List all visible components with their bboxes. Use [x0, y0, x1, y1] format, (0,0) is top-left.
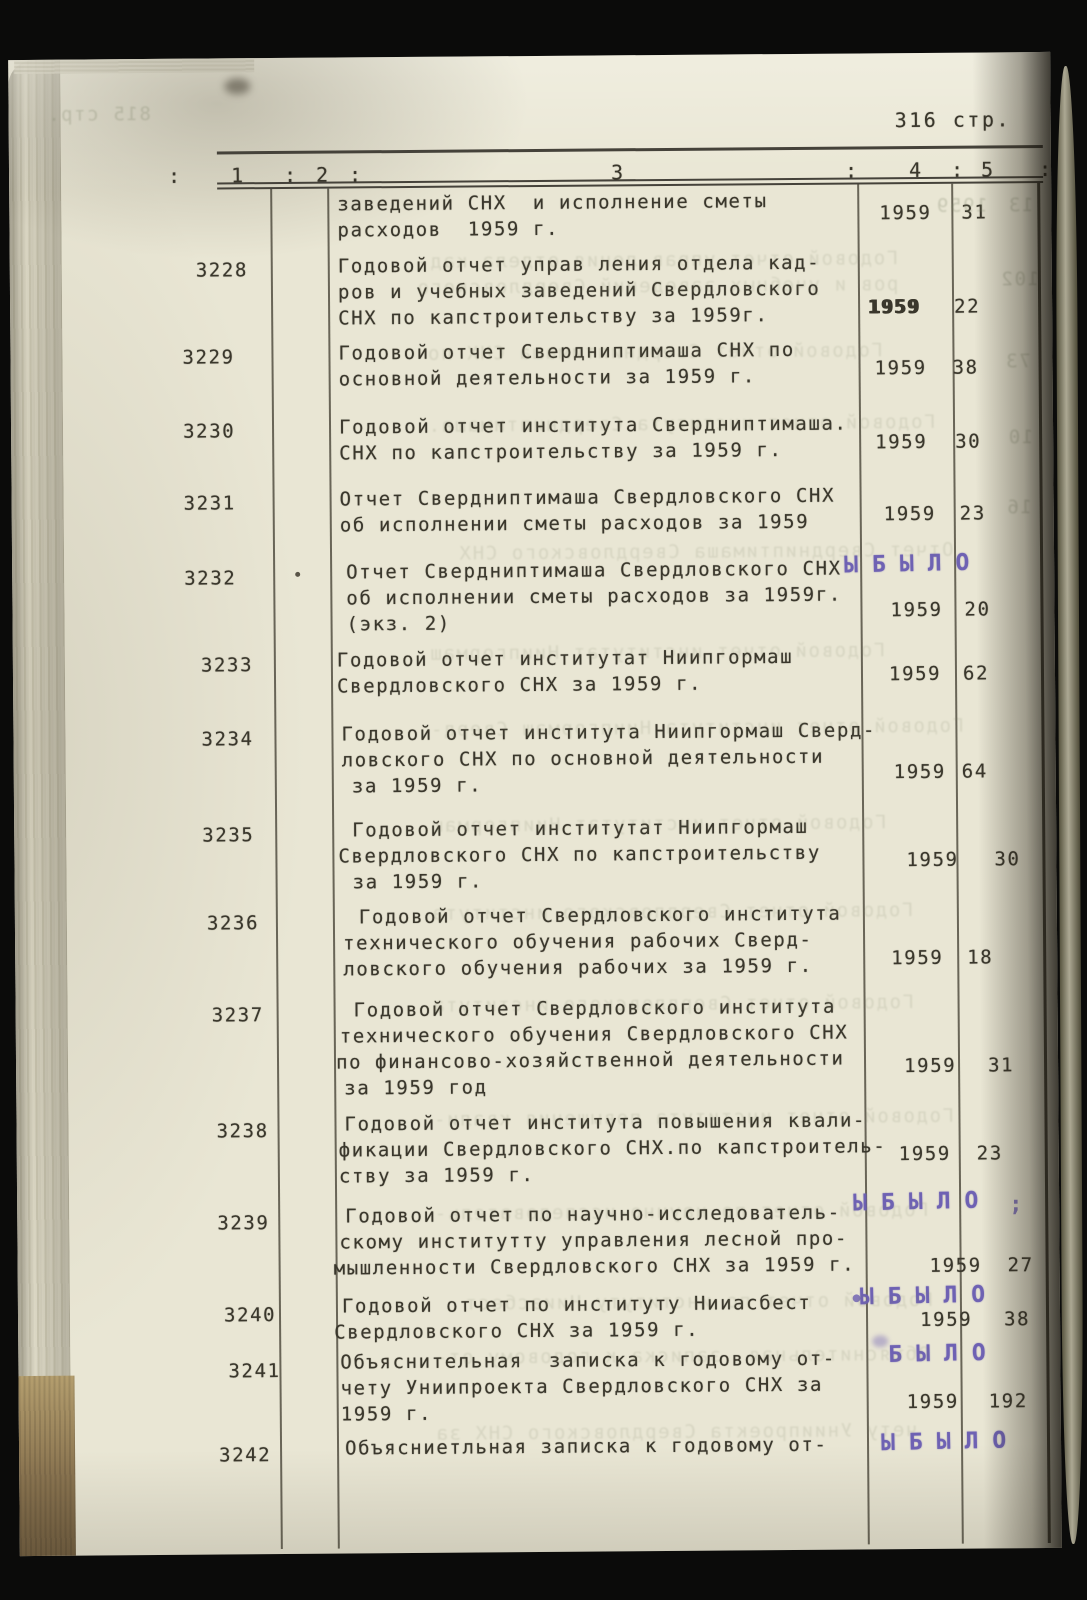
table-row: 3236Годовой отчет Свердловского институт… [8, 52, 1050, 60]
row-sheet-count-cell: 64 [962, 758, 988, 784]
table-row: 3240Годовой отчет по институту Нииасбест… [8, 52, 1050, 60]
row-description-line: заведений СНХ и исполнение сметы [337, 188, 767, 217]
ghost-text-line: Годовой отчет управ ления отдела кад- [416, 245, 899, 275]
row-year-cell: 1959 [930, 1253, 982, 1279]
table-row: 3234Годовой отчет института Ниипгормаш С… [8, 52, 1050, 60]
row-description-line: фикации Свердловского СНХ.по капстроител… [339, 1133, 887, 1163]
table-column-divider-1 [270, 189, 283, 1549]
table-row: 3231Отчет Свердниптимаша Свердловского С… [8, 52, 1050, 60]
ghost-text-line: Годовой отчет института повышения квали- [432, 1103, 954, 1133]
row-number-cell: 3237 [212, 1002, 264, 1028]
row-description-line: 1959 г. [341, 1401, 432, 1428]
stray-ink-dot [295, 572, 300, 577]
row-description-line: чету Униипроекта Свердловского СНХ за [340, 1372, 823, 1402]
ghost-text-line: Годовой отчет по научно-исследователь- [433, 1197, 929, 1227]
row-year-cell: 1959 [884, 501, 936, 527]
inventory-table: :1:2:3:4:5:заведений СНХ и исполнение см… [8, 52, 1050, 60]
row-number-cell: 3235 [202, 822, 254, 848]
ghost-text-line: ров и учебных заведений Свердловского [416, 271, 899, 301]
ghost-text-line: Годовой отчет институтат Ниипгормаш [430, 809, 887, 839]
page-number: 316 стр. [895, 106, 1012, 133]
table-row: 3239Годовой отчет по научно-исследовател… [8, 52, 1050, 60]
table-header-cell: 3 [611, 159, 625, 185]
row-description-line: об исполнении сметы расходов за 1959 [340, 509, 810, 539]
row-year-cell: 1959 [868, 294, 920, 320]
row-description-line: об исполнении сметы расходов за 1959г. [346, 582, 842, 612]
ghost-text-line: Годовой отчет институтат Ниипгормаш [429, 637, 886, 667]
table-header-cell: 5 [981, 156, 995, 182]
row-sheet-count-cell: 192 [989, 1388, 1028, 1414]
stamp-ink-mark: ; [1009, 1192, 1022, 1217]
ghost-margin-number: 73 [1004, 348, 1030, 374]
book-fore-edge-pages [8, 60, 72, 1556]
table-header-cell: : [1039, 156, 1053, 182]
table-column-divider-5 [1037, 183, 1051, 1543]
ghost-text-line: Годовой отчет по институту Нииасбест [464, 1287, 934, 1317]
row-sheet-count-cell: 62 [963, 660, 989, 686]
row-description-line: СНХ по капстроительству за 1959 г. [339, 437, 783, 466]
table-row: 3233Годовой отчет институтат НиипгормашС… [8, 52, 1050, 60]
row-year-cell: 1959 [889, 661, 941, 687]
row-description-line: ству за 1959 г. [339, 1162, 535, 1190]
document-page: 316 стр. :1:2:3:4:5:заведений СНХ и испо… [8, 52, 1062, 1556]
row-description-line: Отчет Свердниптимаша Свердловского СНХ [340, 483, 836, 513]
row-sheet-count-cell: 38 [952, 355, 978, 381]
row-description-line: (экз. 2) [346, 611, 451, 638]
row-sheet-count-cell: 20 [964, 596, 990, 622]
row-description-line: за 1959 год [344, 1074, 488, 1101]
row-description-line: за 1959 г. [353, 868, 484, 895]
row-year-cell: 1959 [894, 759, 946, 785]
row-number-cell: 3236 [207, 910, 259, 936]
ghost-page-number: 815 стр. [46, 101, 151, 128]
row-number-cell: 3230 [183, 418, 235, 444]
ghost-text-line: Годовой отчет Свердловского института [431, 897, 914, 927]
row-number-cell: 3229 [182, 344, 234, 370]
book-top-edge-pages [14, 58, 254, 74]
row-sheet-count-cell: 22 [954, 293, 980, 319]
row-sheet-count-cell: 30 [955, 428, 981, 454]
ink-smudge [224, 78, 250, 94]
ghost-margin-number: 10 [1007, 424, 1033, 450]
row-description-line: основной деятельности за 1959 г. [339, 363, 756, 392]
row-description-line: расходов 1959 г. [337, 216, 559, 244]
row-number-cell: 3232 [184, 565, 236, 591]
row-number-cell: 3241 [228, 1358, 280, 1384]
row-year-cell: 1959 [891, 945, 943, 971]
table-row: 3228Годовой отчет управ ления отдела кад… [8, 52, 1050, 60]
row-year-cell: 1959 [906, 847, 958, 873]
ghost-text-line: Годовой отчет Свердловского института [431, 989, 914, 1019]
row-year-cell: 1959 [907, 1389, 959, 1415]
ghost-margin-number: 13 [1007, 192, 1033, 218]
row-number-cell: 3242 [219, 1442, 271, 1468]
row-number-cell: 3239 [217, 1210, 269, 1236]
row-description-line: скому институтту управления лесной про- [339, 1226, 848, 1256]
table-row: заведений СНХ и исполнение сметырасходов… [8, 52, 1050, 60]
table-header-cell: : [349, 161, 363, 187]
ghost-text-line: Годовой отчет Свердниптимаша СНХ по [426, 337, 883, 367]
row-description-line: Свердловского СНХ по капстроительству [338, 840, 821, 870]
row-sheet-count-cell: 31 [988, 1052, 1014, 1078]
table-row: 3235Годовой отчет институтат НиипгормашС… [8, 52, 1050, 60]
table-header-cell: 2 [316, 162, 330, 188]
ghost-text-line: Годовой отчет института Свердниптимаша. [427, 409, 936, 439]
row-sheet-count-cell: 23 [960, 500, 986, 526]
ghost-text-line: чету Униипроекта Свердловского СНХ за [435, 1417, 918, 1447]
table-row: 3242Объясниетльная записка к годовому от… [8, 52, 1050, 60]
row-year-cell: 1959 [890, 597, 942, 623]
row-description-line: ловского обучения рабочих за 1959 г. [343, 953, 813, 983]
row-year-cell: 1959 [899, 1141, 951, 1167]
row-description-line: за 1959 г. [352, 772, 483, 799]
photographed-book-page: 316 стр. :1:2:3:4:5:заведений СНХ и испо… [0, 0, 1087, 1600]
aged-page-corner [18, 1376, 75, 1556]
row-year-cell: 1959 [904, 1053, 956, 1079]
row-number-cell: 3240 [224, 1302, 276, 1328]
ghost-text-line: Годовой отчет института Ниипгормаш Сверд… [429, 713, 964, 743]
row-number-cell: 3231 [184, 490, 236, 516]
ghost-text-line: Отчет Свердниптимаша Свердловского СНХ [458, 537, 954, 567]
row-sheet-count-cell: 30 [994, 846, 1020, 872]
table-row: 3230Годовой отчет института Свердниптима… [8, 52, 1050, 60]
row-year-cell: 1959 [879, 200, 931, 226]
table-header-cell: : [845, 157, 859, 183]
row-number-cell: 3228 [196, 257, 248, 283]
table-header-cell: : [951, 157, 965, 183]
table-header-cell: 4 [909, 157, 923, 183]
table-row: 3229Годовой отчет Свердниптимаша СНХ поо… [8, 52, 1050, 60]
row-description-line: Свердловского СНХ за 1959 г. [337, 671, 702, 700]
table-row: 3238Годовой отчет института повышения кв… [8, 52, 1050, 60]
row-description-line: мышленности Свердловского СНХ за 1959 г. [334, 1251, 856, 1281]
row-sheet-count-cell: 23 [977, 1140, 1003, 1166]
table-header-cell: : [168, 163, 182, 189]
table-rule-table-top-rule [217, 145, 1043, 154]
table-row: 3241Объяснительная записка к годовому от… [8, 52, 1050, 60]
ghost-margin-number: 102 [1000, 266, 1039, 292]
table-header-cell: 1 [231, 162, 245, 188]
row-number-cell: 3234 [201, 726, 253, 752]
row-sheet-count-cell: 27 [1008, 1252, 1034, 1278]
row-description-line: технического обучения рабочих Сверд- [343, 927, 813, 957]
ghost-text-line: Объяснительная записка к годовому от- [434, 1341, 930, 1371]
row-description-line: СНХ по капстроительству за 1959г. [338, 302, 768, 331]
ghost-margin-number: 1959 [935, 192, 987, 218]
row-sheet-count-cell: 38 [1004, 1306, 1030, 1332]
showthrough-ghost-text: Годовой отчет управ ления отдела кад-ров… [8, 52, 1050, 60]
row-number-cell: 3238 [216, 1118, 268, 1144]
ghost-margin-number: 16 [1006, 494, 1032, 520]
row-description-line: Свердловского СНХ за 1959 г. [334, 1317, 699, 1346]
row-description-line: ловского СНХ по основной деятельности [342, 744, 825, 774]
row-description-line: по финансово-хозяйственной деятельности [336, 1046, 845, 1076]
row-number-cell: 3233 [201, 652, 253, 678]
row-description-line: технического обучения Свердловского СНХ [340, 1020, 849, 1050]
table-row: 3232Отчет Свердниптимаша Свердловского С… [8, 52, 1050, 60]
row-sheet-count-cell: 18 [967, 944, 993, 970]
table-header-cell: : [284, 162, 298, 188]
table-row: 3237Годовой отчет Свердловского институт… [8, 52, 1050, 60]
